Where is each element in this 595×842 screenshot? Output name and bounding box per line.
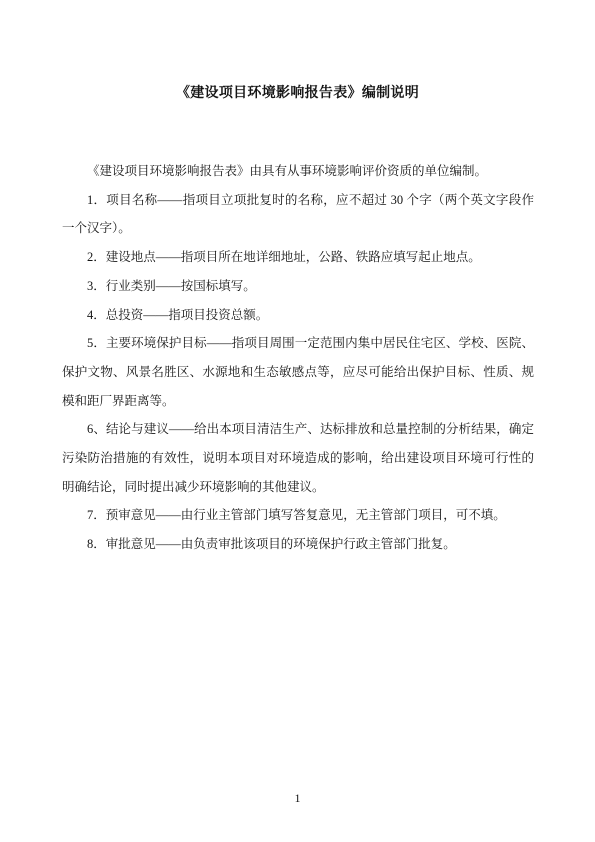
paragraph-item-4-total-investment: 4．总投资——指项目投资总额。 xyxy=(62,301,534,330)
document-body: 《建设项目环境影响报告表》由具有从事环境影响评价资质的单位编制。 1．项目名称—… xyxy=(62,157,534,559)
document-title: 《建设项目环境影响报告表》编制说明 xyxy=(0,83,595,104)
paragraph-item-6-conclusions-suggestions: 6、结论与建议——给出本项目清洁生产、达标排放和总量控制的分析结果，确定污染防治… xyxy=(62,415,534,501)
paragraph-item-8-approval-opinion: 8．审批意见——由负责审批该项目的环境保护行政主管部门批复。 xyxy=(62,530,534,559)
page-number: 1 xyxy=(0,791,595,805)
paragraph-item-2-construction-site: 2．建设地点——指项目所在地详细地址，公路、铁路应填写起止地点。 xyxy=(62,243,534,272)
paragraph-item-1-project-name: 1．项目名称——指项目立项批复时的名称，应不超过 30 个字（两个英文字段作一个… xyxy=(62,186,534,243)
paragraph-item-5-protection-targets: 5．主要环境保护目标——指项目周围一定范围内集中居民住宅区、学校、医院、保护文物… xyxy=(62,329,534,415)
document-page: 《建设项目环境影响报告表》编制说明 《建设项目环境影响报告表》由具有从事环境影响… xyxy=(0,0,595,842)
paragraph-intro: 《建设项目环境影响报告表》由具有从事环境影响评价资质的单位编制。 xyxy=(62,157,534,186)
paragraph-item-7-preliminary-review-opinion: 7．预审意见——由行业主管部门填写答复意见，无主管部门项目，可不填。 xyxy=(62,501,534,530)
paragraph-item-3-industry-category: 3．行业类别——按国标填写。 xyxy=(62,272,534,301)
